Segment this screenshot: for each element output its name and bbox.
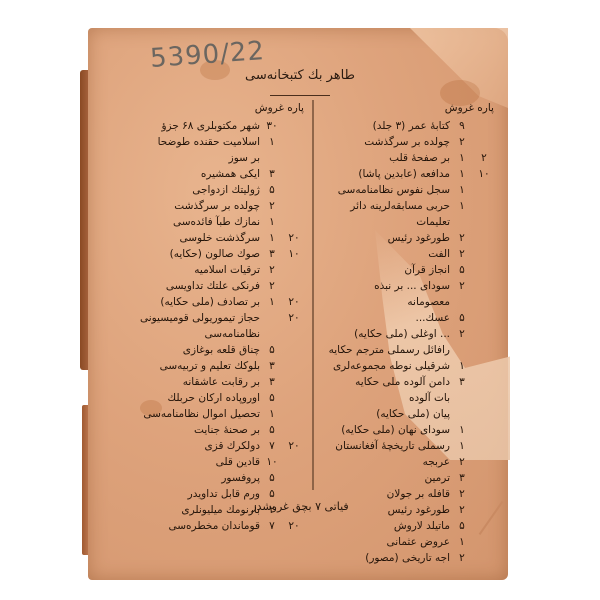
- catalog-entry: ۲۱بر صفحهٔ قلب: [318, 150, 498, 166]
- entry-quantity: ۱: [264, 214, 280, 230]
- catalog-entry: ۵ژوليتك ازدواجی: [128, 182, 308, 198]
- catalog-entry: ۵انجاز قرآن: [318, 262, 498, 278]
- catalog-entry: ۱۰قادين قلی: [128, 454, 308, 470]
- entry-quantity: ۱: [454, 422, 470, 438]
- entry-quantity: ۱: [454, 198, 470, 214]
- entry-title: بر صحنهٔ جنايت: [128, 422, 264, 438]
- catalog-entry: ۱عروض عثمانی: [318, 534, 498, 550]
- catalog-entry: ۲سودای ... بر نبذه: [318, 278, 498, 294]
- entry-quantity: ۵: [264, 470, 280, 486]
- catalog-entry: ۲۰۷قوماندان مخطره‌سی: [128, 518, 308, 534]
- entry-price: ۲۰: [280, 310, 308, 326]
- catalog-entry: ۲چولده بر سرگذشت: [318, 134, 498, 150]
- entry-title: انجاز قرآن: [318, 262, 454, 278]
- entry-title: سودای نهان (ملی حكايه): [318, 422, 454, 438]
- column-divider: [312, 100, 314, 490]
- entry-quantity: ۱: [264, 406, 280, 422]
- entry-title: اسلاميت حقنده طوضحا: [128, 134, 264, 150]
- entry-price: ۲۰: [280, 230, 308, 246]
- catalog-column-right: پاره غروش ۹كتابهٔ عمر (۳ جلد)۲چولده بر س…: [318, 100, 498, 566]
- entry-title: نمازك طبآ فائده‌سی: [128, 214, 264, 230]
- entry-title: نظامنامه‌سی: [128, 326, 264, 342]
- entry-title: قوماندان مخطره‌سی: [128, 518, 264, 534]
- catalog-entry: ۲چولده بر سرگذشت: [128, 198, 308, 214]
- entry-quantity: ۱: [454, 182, 470, 198]
- entry-title: ماتيلد لاروش: [318, 518, 454, 534]
- catalog-entry: ۱حربی مسابقه‌لرينه دائر: [318, 198, 498, 214]
- entry-quantity: ۲: [454, 550, 470, 566]
- entry-quantity: ۱: [264, 230, 280, 246]
- entry-title: عروض عثمانی: [318, 534, 454, 550]
- catalog-entry: ۹كتابهٔ عمر (۳ جلد): [318, 118, 498, 134]
- column-header: پاره غروش: [318, 100, 498, 116]
- entry-quantity: ۲: [454, 278, 470, 294]
- catalog-entry: ۲... اوغلی (ملی حكايه): [318, 326, 498, 342]
- entry-quantity: ۳: [264, 246, 280, 262]
- entry-title: حربی مسابقه‌لرينه دائر: [318, 198, 454, 214]
- entry-title: ايكی همشيره: [128, 166, 264, 182]
- entry-title: چولده بر سرگذشت: [318, 134, 454, 150]
- entry-quantity: ۳: [454, 470, 470, 486]
- entry-quantity: ۲: [454, 454, 470, 470]
- entry-quantity: ۱: [454, 150, 470, 166]
- publisher-title: طاهر بك كتبخانه‌سی: [0, 68, 600, 83]
- entry-title: فرنكی علتك تداويسی: [128, 278, 264, 294]
- catalog-entry: بات آلوده: [318, 390, 498, 406]
- entry-title: ... اوغلی (ملی حكايه): [318, 326, 454, 342]
- entry-quantity: ۲: [264, 198, 280, 214]
- entry-title: بر تصادف (ملی حكايه): [128, 294, 264, 310]
- entry-quantity: ۵: [454, 310, 470, 326]
- catalog-entry: ۱سودای نهان (ملی حكايه): [318, 422, 498, 438]
- entry-quantity: ۲: [454, 326, 470, 342]
- catalog-entry: ۲۰۱سرگذشت خلوسی: [128, 230, 308, 246]
- entry-title: اوروپاده اركان حربلك: [128, 390, 264, 406]
- catalog-entry: ۵پروفسور: [128, 470, 308, 486]
- catalog-entry: ۵بر صحنهٔ جنايت: [128, 422, 308, 438]
- catalog-entry: ۳۰شهر مكتوبلری ۶۸ جزؤ: [128, 118, 308, 134]
- entry-title: كتابهٔ عمر (۳ جلد): [318, 118, 454, 134]
- entry-title: بلوكك تعليم و تربيه‌سی: [128, 358, 264, 374]
- entry-quantity: ۵: [454, 262, 470, 278]
- entry-title: سجل نفوس نظامنامه‌سی: [318, 182, 454, 198]
- catalog-entry: بر سوز: [128, 150, 308, 166]
- entry-quantity: ۱: [264, 294, 280, 310]
- entry-price: ۲۰: [280, 518, 308, 534]
- catalog-column-left: پاره غروش ۳۰شهر مكتوبلری ۶۸ جزؤ۱اسلاميت …: [128, 100, 308, 534]
- entry-quantity: ۱: [454, 358, 470, 374]
- entry-title: اجه تاريخی (مصور): [318, 550, 454, 566]
- catalog-entry: ۳ايكی همشيره: [128, 166, 308, 182]
- entry-quantity: ۳۰: [264, 118, 280, 134]
- catalog-entry: ۳بلوكك تعليم و تربيه‌سی: [128, 358, 308, 374]
- entry-title: قادين قلی: [128, 454, 264, 470]
- entry-quantity: ۱: [454, 166, 470, 182]
- entry-quantity: ۵: [264, 182, 280, 198]
- catalog-entry: ۲طورغود رئيس: [318, 230, 498, 246]
- entry-title: الفت: [318, 246, 454, 262]
- entry-title: شهر مكتوبلری ۶۸ جزؤ: [128, 118, 264, 134]
- entry-quantity: ۵: [264, 342, 280, 358]
- price-footer: فياتی ۷ بچق غروشدر: [0, 500, 600, 513]
- entry-quantity: ۵: [264, 390, 280, 406]
- entry-title: چولده بر سرگذشت: [128, 198, 264, 214]
- entry-title: ترمين: [318, 470, 454, 486]
- catalog-entry: ۱تحصيل اموال نظامنامه‌سی: [128, 406, 308, 422]
- entry-quantity: ۵: [264, 422, 280, 438]
- entry-title: صوك صالون (حكايه): [128, 246, 264, 262]
- entry-title: معصومانه: [318, 294, 454, 310]
- catalog-entry: معصومانه: [318, 294, 498, 310]
- entry-title: مدافعه (عابدين پاشا): [318, 166, 454, 182]
- entry-title: عربجه: [318, 454, 454, 470]
- entry-quantity: ۷: [264, 518, 280, 534]
- title-rule: [270, 95, 330, 96]
- column-header: پاره غروش: [128, 100, 308, 116]
- entry-quantity: ۹: [454, 118, 470, 134]
- entry-quantity: ۳: [454, 374, 470, 390]
- catalog-entry: ۲الفت: [318, 246, 498, 262]
- entry-title: ترقيات اسلاميه: [128, 262, 264, 278]
- catalog-entry: ۳دامن آلوده ملی حكايه: [318, 374, 498, 390]
- entry-title: سودای ... بر نبذه: [318, 278, 454, 294]
- entry-quantity: ۲: [264, 262, 280, 278]
- catalog-entry: ۵عسك...: [318, 310, 498, 326]
- catalog-entry: ۱سجل نفوس نظامنامه‌سی: [318, 182, 498, 198]
- catalog-entry: رافائل رسملی مترجم حكايه: [318, 342, 498, 358]
- catalog-entry: ۲عربجه: [318, 454, 498, 470]
- entry-title: شرقيلی نوطه مجموعه‌لری: [318, 358, 454, 374]
- entry-price: ۲۰: [280, 294, 308, 310]
- catalog-entry: تعليمات: [318, 214, 498, 230]
- entry-title: بر سوز: [128, 150, 264, 166]
- entry-quantity: ۲: [264, 278, 280, 294]
- entry-title: بر رقابت عاشقانه: [128, 374, 264, 390]
- entry-title: رافائل رسملی مترجم حكايه: [318, 342, 454, 358]
- entry-price: ۱۰: [470, 166, 498, 182]
- entry-price: ۱۰: [280, 246, 308, 262]
- entry-price: ۲۰: [280, 438, 308, 454]
- catalog-entry: ۱نمازك طبآ فائده‌سی: [128, 214, 308, 230]
- entry-quantity: ۲: [454, 134, 470, 150]
- entry-title: عسك...: [318, 310, 454, 326]
- entry-title: دولكرك قزی: [128, 438, 264, 454]
- entry-quantity: ۱: [454, 438, 470, 454]
- entry-quantity: ۵: [454, 518, 470, 534]
- entry-title: دامن آلوده ملی حكايه: [318, 374, 454, 390]
- catalog-entry: ۱اسلاميت حقنده طوضحا: [128, 134, 308, 150]
- catalog-entry: ۵چناق قلعه بوغازی: [128, 342, 308, 358]
- catalog-entry: پيان (ملی حكايه): [318, 406, 498, 422]
- entry-title: حجاز تيموريولی قوميسيونی: [128, 310, 264, 326]
- catalog-entry: ۲۰۷دولكرك قزی: [128, 438, 308, 454]
- catalog-entry: ۵اوروپاده اركان حربلك: [128, 390, 308, 406]
- entry-title: تعليمات: [318, 214, 454, 230]
- catalog-entry: ۲اجه تاريخی (مصور): [318, 550, 498, 566]
- catalog-entry: ۱شرقيلی نوطه مجموعه‌لری: [318, 358, 498, 374]
- catalog-entry: نظامنامه‌سی: [128, 326, 308, 342]
- catalog-entry: ۲ترقيات اسلاميه: [128, 262, 308, 278]
- entry-title: چناق قلعه بوغازی: [128, 342, 264, 358]
- entry-title: بات آلوده: [318, 390, 454, 406]
- catalog-entry: ۵ماتيلد لاروش: [318, 518, 498, 534]
- entry-quantity: ۳: [264, 374, 280, 390]
- entry-title: ژوليتك ازدواجی: [128, 182, 264, 198]
- entry-quantity: ۳: [264, 358, 280, 374]
- entry-title: سرگذشت خلوسی: [128, 230, 264, 246]
- entry-quantity: ۷: [264, 438, 280, 454]
- entry-title: پيان (ملی حكايه): [318, 406, 454, 422]
- entry-title: بر صفحهٔ قلب: [318, 150, 454, 166]
- catalog-entry: ۲۰۱بر تصادف (ملی حكايه): [128, 294, 308, 310]
- catalog-entry: ۱۰۱مدافعه (عابدين پاشا): [318, 166, 498, 182]
- entry-quantity: ۱۰: [264, 454, 280, 470]
- catalog-entry: ۲۰حجاز تيموريولی قوميسيونی: [128, 310, 308, 326]
- entry-quantity: ۱: [264, 134, 280, 150]
- entry-quantity: ۱: [454, 534, 470, 550]
- entry-title: تحصيل اموال نظامنامه‌سی: [128, 406, 264, 422]
- catalog-entry: ۱۰۳صوك صالون (حكايه): [128, 246, 308, 262]
- entry-quantity: ۲: [454, 246, 470, 262]
- entry-title: رسملی تاريخچهٔ آفغانستان: [318, 438, 454, 454]
- catalog-entry: ۳بر رقابت عاشقانه: [128, 374, 308, 390]
- catalog-entry: ۲فرنكی علتك تداويسی: [128, 278, 308, 294]
- catalog-entry: ۱رسملی تاريخچهٔ آفغانستان: [318, 438, 498, 454]
- entry-title: طورغود رئيس: [318, 230, 454, 246]
- catalog-entry: ۳ترمين: [318, 470, 498, 486]
- entry-quantity: ۳: [264, 166, 280, 182]
- entry-price: ۲: [470, 150, 498, 166]
- entry-title: پروفسور: [128, 470, 264, 486]
- entry-quantity: ۲: [454, 230, 470, 246]
